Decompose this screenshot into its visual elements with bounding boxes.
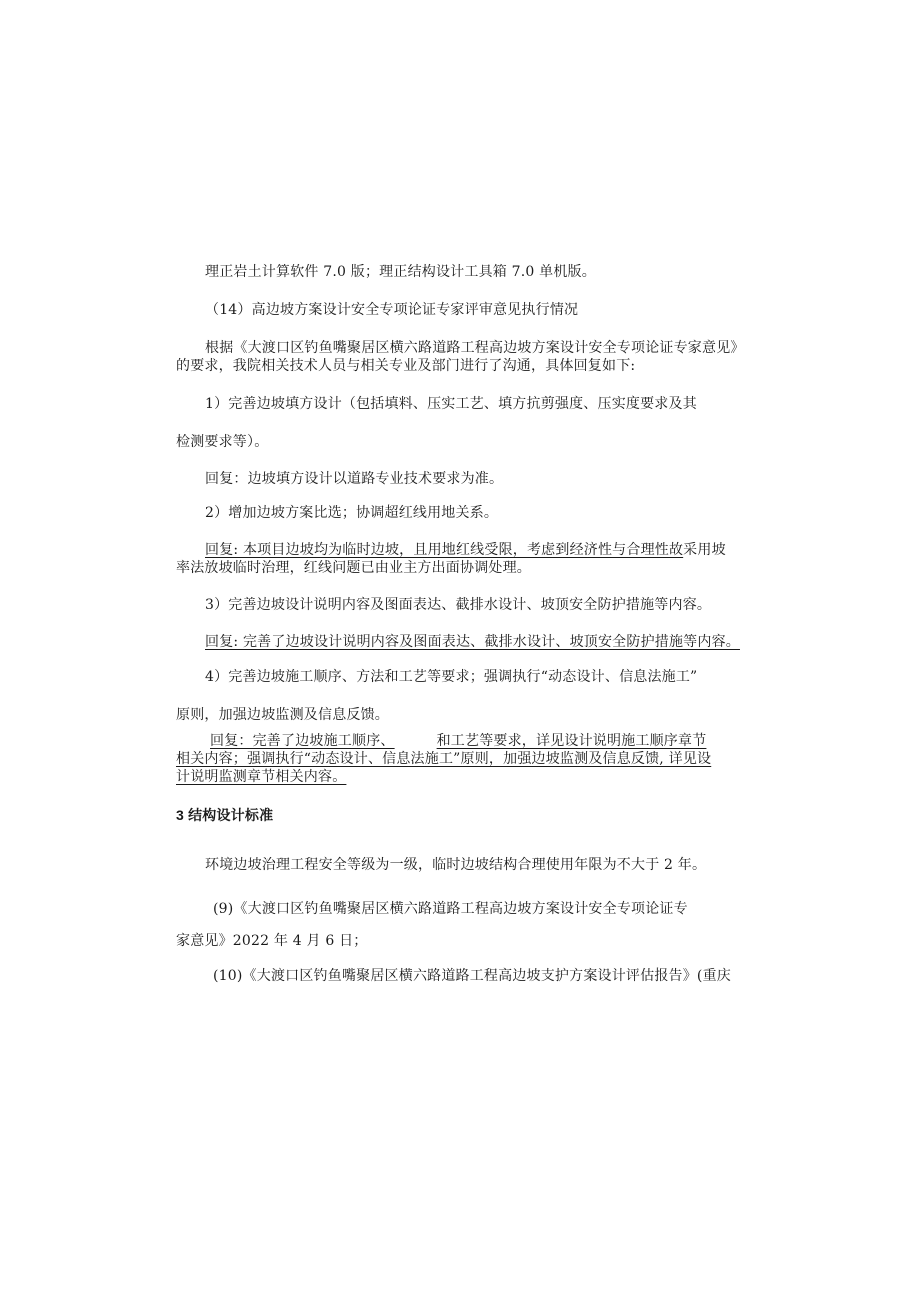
item-2: 2）增加边坡方案比选；协调超红线用地关系。 — [205, 504, 498, 522]
reply-4-part-2: 和工艺等要求，详见设计说明施工顺序章节 — [437, 733, 707, 749]
reply-2-line-2: 率法放坡临时治理，红线问题已由业主方出面协调处理。 — [176, 559, 531, 577]
intro-line-1: 根据《大渡口区钓鱼嘴聚居区横六路道路工程高边坡方案设计安全专项论证专家意见》 — [205, 339, 745, 357]
reply-4-line-2-text: 相关内容；强调执行“动态设计、信息法施工”原则，加强边坡监测及信息反馈, 详见设 — [176, 751, 711, 767]
reply-3-text: 回复: 完善了边坡设计说明内容及图面表达、截排水设计、坡顶安全防护措施等内容。 — [205, 634, 740, 650]
reference-9-line-2: 家意见》2022 年 4 月 6 日； — [176, 932, 368, 950]
reply-4-line-1: 回复：完善了边坡施工顺序、和工艺等要求，详见设计说明施工顺序章节 — [210, 732, 706, 750]
reference-10: (10)《大渡口区钓鱼嘴聚居区横六路道路工程高边坡支护方案设计评估报告》(重庆 — [213, 967, 731, 985]
section-14-title: （14）高边坡方案设计安全专项论证专家评审意见执行情况 — [205, 301, 578, 319]
document-page: 理正岩土计算软件 7.0 版；理正结构设计工具箱 7.0 单机版。 （14）高边… — [0, 0, 920, 1301]
section-3-paragraph: 环境边坡治理工程安全等级为一级，临时边坡结构合理使用年限为不大于 2 年。 — [205, 856, 706, 874]
section-3-heading: 3 结构设计标准 — [176, 806, 273, 824]
item-1-line-2: 检测要求等）。 — [176, 433, 268, 451]
intro-line-2: 的要求，我院相关技术人员与相关专业及部门进行了沟通，具体回复如下: — [176, 357, 635, 375]
reply-2-underlined: 回复: 本项目边坡均为临时边坡，且用地红线受限，考虑到经济性与合理性故 — [205, 542, 683, 558]
reply-3: 回复: 完善了边坡设计说明内容及图面表达、截排水设计、坡顶安全防护措施等内容。 — [205, 633, 740, 651]
item-4-line-1: 4）完善边坡施工顺序、方法和工艺等要求；强调执行“动态设计、信息法施工” — [205, 668, 697, 686]
item-3: 3）完善边坡设计说明内容及图面表达、截排水设计、坡顶安全防护措施等内容。 — [205, 596, 711, 614]
reference-9-line-1: (9)《大渡口区钓鱼嘴聚居区横六路道路工程高边坡方案设计安全专项论证专 — [213, 900, 688, 918]
reply-4-line-3: 计说明监测章节相关内容。 — [176, 768, 346, 786]
item-4-line-2: 原则，加强边坡监测及信息反馈。 — [176, 706, 389, 724]
reply-2-line-1: 回复: 本项目边坡均为临时边坡，且用地红线受限，考虑到经济性与合理性故采用坡 — [205, 541, 726, 559]
software-line: 理正岩土计算软件 7.0 版；理正结构设计工具箱 7.0 单机版。 — [205, 263, 596, 281]
reply-2-rest: 采用坡 — [683, 542, 726, 558]
reply-1: 回复：边坡填方设计以道路专业技术要求为准。 — [205, 470, 503, 488]
reply-4-line-2: 相关内容；强调执行“动态设计、信息法施工”原则，加强边坡监测及信息反馈, 详见设 — [176, 750, 711, 768]
item-1-line-1: 1）完善边坡填方设计（包括填料、压实工艺、填方抗剪强度、压实度要求及其 — [205, 395, 697, 413]
reply-4-line-3-text: 计说明监测章节相关内容。 — [176, 769, 346, 785]
reply-4-part-1: 回复：完善了边坡施工顺序、 — [210, 733, 395, 749]
